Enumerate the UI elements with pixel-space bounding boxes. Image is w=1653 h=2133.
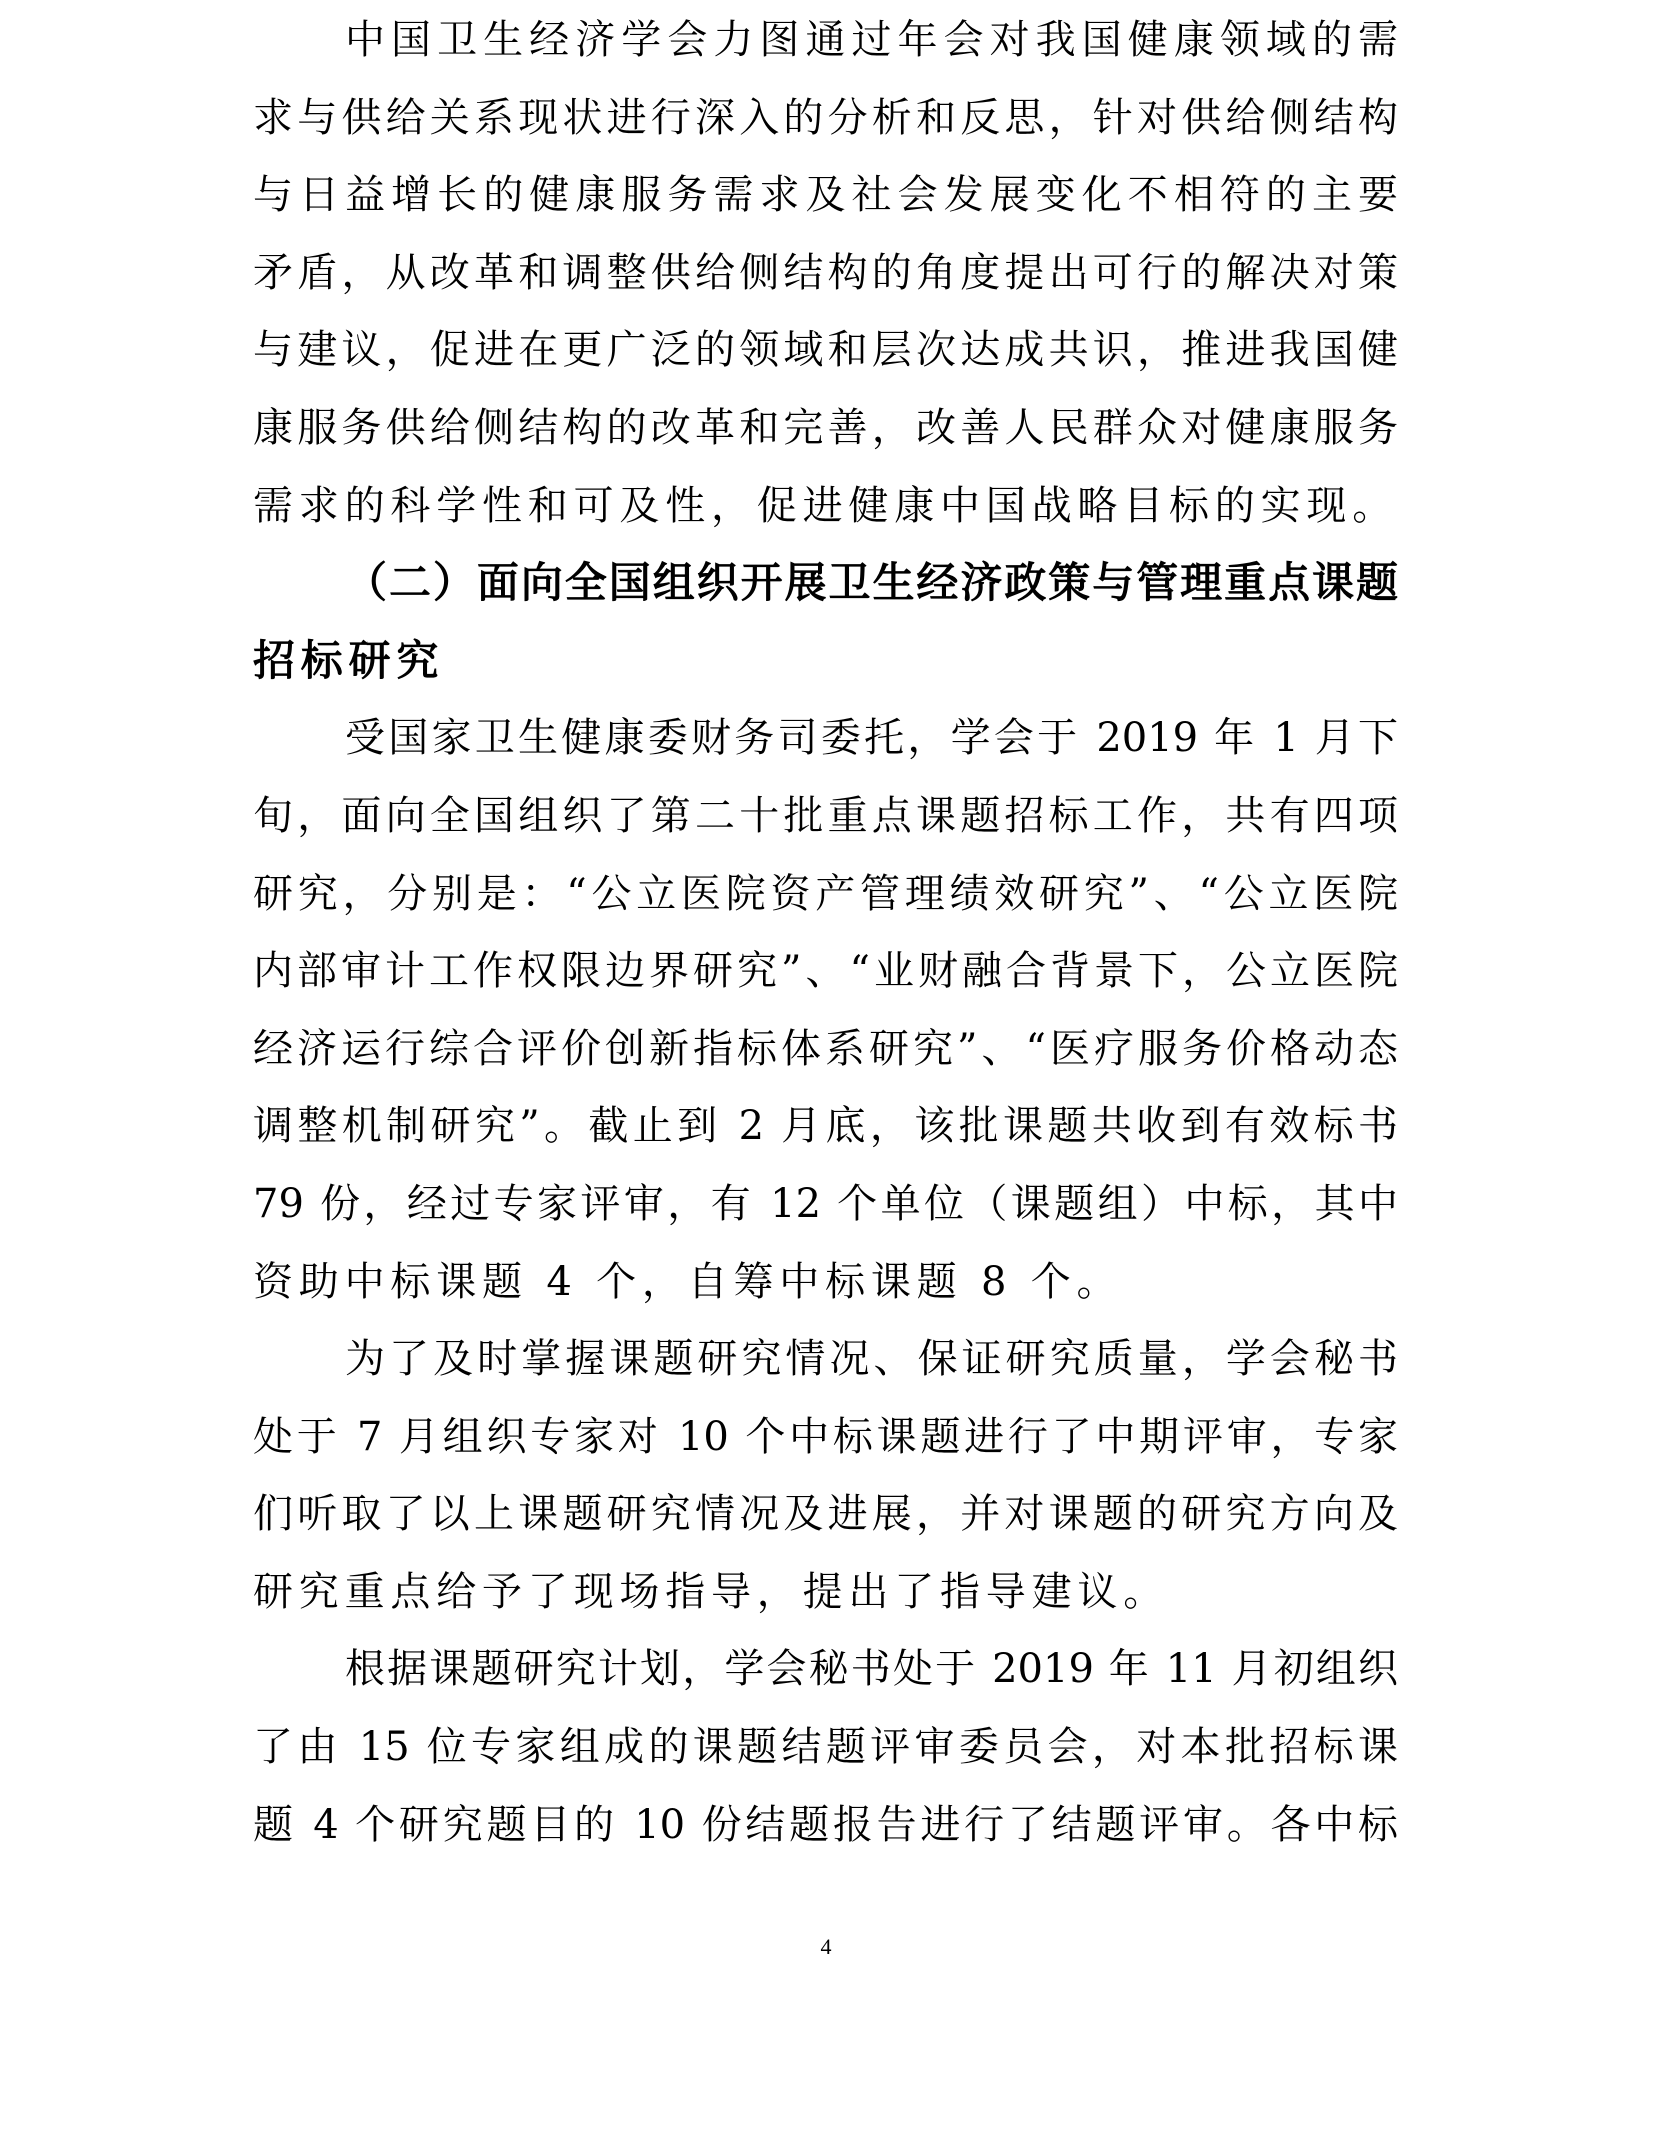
paragraph-3-line-3: 们听取了以上课题研究情况及进展，并对课题的研究方向及 bbox=[253, 1482, 1398, 1560]
paragraph-1-line-7: 需求的科学性和可及性，促进健康中国战略目标的实现。 bbox=[253, 474, 1398, 552]
section-heading-line-1: （二）面向全国组织开展卫生经济政策与管理重点课题 bbox=[253, 551, 1398, 629]
document-body: 中国卫生经济学会力图通过年会对我国健康领域的需 求与供给关系现状进行深入的分析和… bbox=[253, 8, 1398, 1870]
paragraph-2-line-5: 经济运行综合评价创新指标体系研究”、“医疗服务价格动态 bbox=[253, 1017, 1398, 1095]
paragraph-4-line-2: 了由 15 位专家组成的课题结题评审委员会，对本批招标课 bbox=[253, 1715, 1398, 1793]
paragraph-4-line-1: 根据课题研究计划，学会秘书处于 2019 年 11 月初组织 bbox=[253, 1637, 1398, 1715]
page-number: 4 bbox=[806, 1934, 846, 1960]
paragraph-2-line-1: 受国家卫生健康委财务司委托，学会于 2019 年 1 月下 bbox=[253, 706, 1398, 784]
paragraph-3-line-1: 为了及时掌握课题研究情况、保证研究质量，学会秘书 bbox=[253, 1327, 1398, 1405]
paragraph-1-line-4: 矛盾，从改革和调整供给侧结构的角度提出可行的解决对策 bbox=[253, 241, 1398, 319]
paragraph-3-line-4: 研究重点给予了现场指导，提出了指导建议。 bbox=[253, 1560, 1398, 1638]
paragraph-2-line-8: 资助中标课题 4 个，自筹中标课题 8 个。 bbox=[253, 1250, 1398, 1328]
paragraph-1-line-3: 与日益增长的健康服务需求及社会发展变化不相符的主要 bbox=[253, 163, 1398, 241]
paragraph-2-line-4: 内部审计工作权限边界研究”、“业财融合背景下，公立医院 bbox=[253, 939, 1398, 1017]
paragraph-2-line-2: 旬，面向全国组织了第二十批重点课题招标工作，共有四项 bbox=[253, 784, 1398, 862]
paragraph-3-line-2: 处于 7 月组织专家对 10 个中标课题进行了中期评审，专家 bbox=[253, 1405, 1398, 1483]
section-heading-line-2: 招标研究 bbox=[253, 629, 1398, 707]
document-page: 中国卫生经济学会力图通过年会对我国健康领域的需 求与供给关系现状进行深入的分析和… bbox=[0, 0, 1653, 2133]
paragraph-2-line-3: 研究，分别是：“公立医院资产管理绩效研究”、“公立医院 bbox=[253, 862, 1398, 940]
paragraph-1-line-5: 与建议，促进在更广泛的领域和层次达成共识，推进我国健 bbox=[253, 318, 1398, 396]
paragraph-1-line-6: 康服务供给侧结构的改革和完善，改善人民群众对健康服务 bbox=[253, 396, 1398, 474]
paragraph-2-line-6: 调整机制研究”。截止到 2 月底，该批课题共收到有效标书 bbox=[253, 1094, 1398, 1172]
paragraph-1-line-2: 求与供给关系现状进行深入的分析和反思，针对供给侧结构 bbox=[253, 86, 1398, 164]
paragraph-4-line-3: 题 4 个研究题目的 10 份结题报告进行了结题评审。各中标 bbox=[253, 1793, 1398, 1871]
paragraph-1-line-1: 中国卫生经济学会力图通过年会对我国健康领域的需 bbox=[253, 8, 1398, 86]
paragraph-2-line-7: 79 份，经过专家评审，有 12 个单位（课题组）中标，其中 bbox=[253, 1172, 1398, 1250]
